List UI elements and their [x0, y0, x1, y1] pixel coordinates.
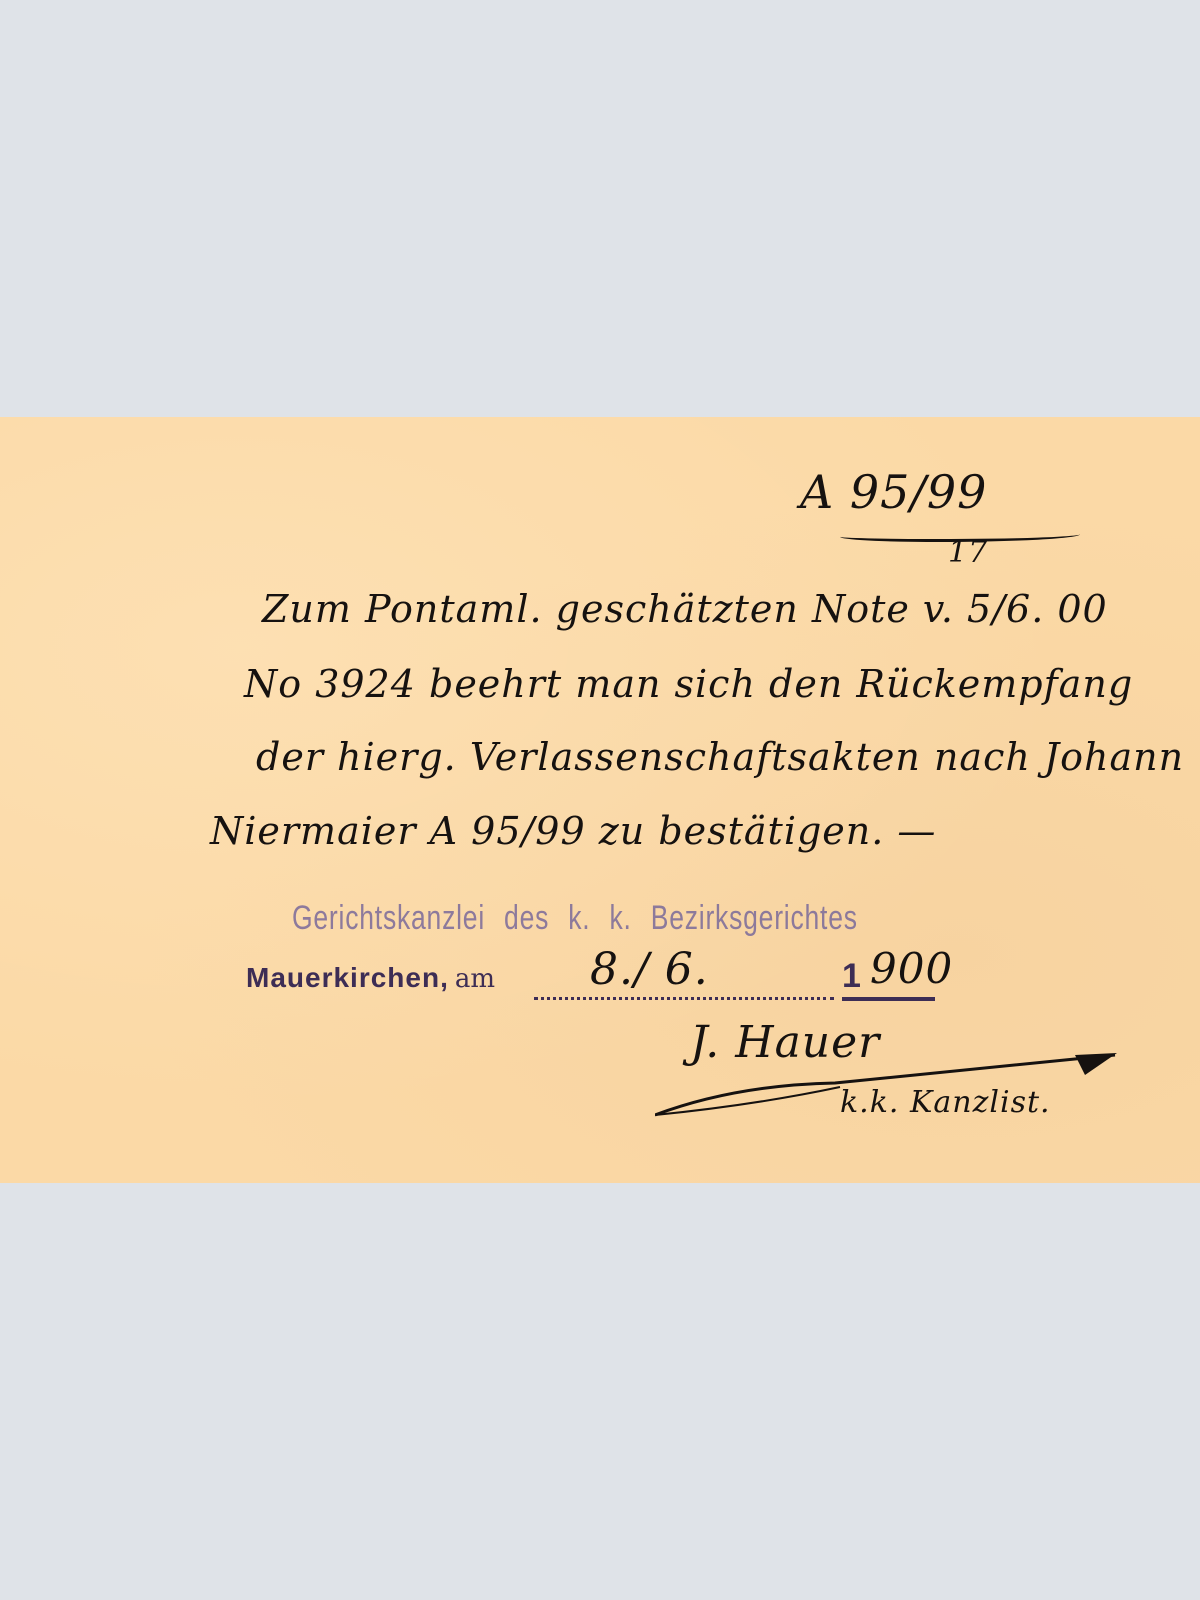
reference-sub-number: 17: [948, 535, 988, 570]
stamp-place: Mauerkirchen,: [246, 962, 449, 993]
date-dotted-line: [534, 997, 834, 1000]
signature-title: k.k. Kanzlist.: [840, 1085, 1051, 1120]
body-line-2: No 3924 beehrt man sich den Rückempfang: [244, 662, 1133, 706]
body-line-3: der hierg. Verlassenschaftsakten nach Jo…: [256, 735, 1184, 779]
handwritten-year: 900: [870, 944, 953, 993]
stamp-year-prefix: 1: [842, 957, 861, 996]
body-line-1: Zum Pontaml. geschätzten Note v. 5/6. 00: [262, 587, 1108, 631]
court-stamp-place-line: Mauerkirchen,am: [246, 962, 495, 994]
court-stamp-heading: Gerichtskanzlei des k. k. Bezirksgericht…: [292, 899, 858, 938]
stamp-am: am: [455, 964, 495, 994]
body-line-4: Niermaier A 95/99 zu bestätigen. —: [210, 809, 936, 853]
document-paper: A 95/99 17 Zum Pontaml. geschätzten Note…: [0, 417, 1200, 1183]
reference-number: A 95/99: [800, 465, 987, 519]
year-underline: [842, 997, 935, 1001]
signature-name: J. Hauer: [690, 1017, 880, 1068]
handwritten-date: 8./ 6.: [590, 944, 709, 995]
